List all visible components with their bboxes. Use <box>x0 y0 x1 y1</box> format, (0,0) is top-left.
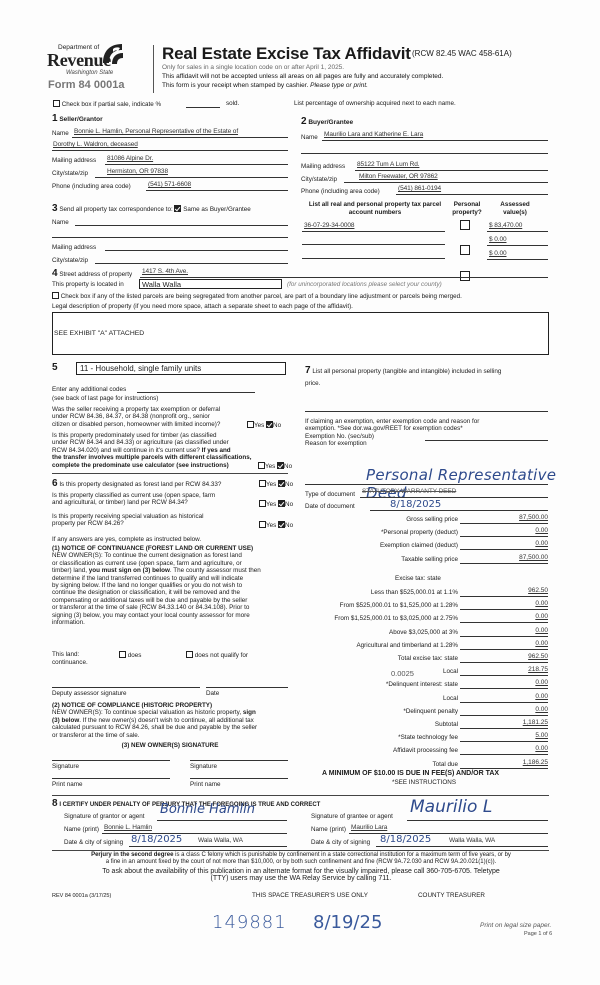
q1-yes-no: Yes No <box>247 421 281 430</box>
section-7-number: 7 <box>305 365 311 376</box>
perjury-text: is a class C felony which is punishable … <box>173 852 510 858</box>
buyer-heading-text: Buyer/Grantee <box>308 119 353 126</box>
owner-signature-field-1[interactable] <box>52 760 170 761</box>
signature-label: Signature <box>52 763 79 771</box>
personal-property-checkbox[interactable] <box>460 245 470 255</box>
section-3-number: 3 <box>52 203 58 214</box>
notice1-line: timber) land, <box>52 567 89 574</box>
segregated-row: Check box if any of the listed parcels a… <box>52 292 462 301</box>
treasurer-stamp-number: 149881 <box>212 912 287 934</box>
q2-line3-bold: If yes and <box>200 447 231 454</box>
grantor-date-field[interactable]: 8/18/2025 <box>131 834 182 846</box>
calc-value[interactable]: 1,186.25 <box>478 759 548 767</box>
yes-label: Yes <box>254 422 264 429</box>
q-current-use-line2: and agricultural, or timber) land per RC… <box>52 499 215 506</box>
county-value: Walla Walla <box>142 280 181 289</box>
calc-label: Above $3,025,000 at 3% <box>389 629 458 637</box>
seller-name2-underline <box>52 150 288 151</box>
alt-format-note-2: (TTY) users may use the WA Relay Service… <box>36 875 566 883</box>
calc-underline <box>460 754 548 755</box>
this-land-label: This land: <box>52 651 79 659</box>
notice2-line: NEW OWNER(S): To continue special valuat… <box>52 709 243 716</box>
notice1-line: or classification as current use (open s… <box>52 560 261 567</box>
doc-type-field[interactable]: STATUTORY WARRANTY DEED <box>362 488 456 496</box>
section-6-number: 6 <box>52 478 58 489</box>
calc-label: Local <box>443 695 458 703</box>
calc-label: *Delinquent penalty <box>403 708 458 716</box>
forest-land-question: 6 Is this property designated as forest … <box>52 478 221 490</box>
personal-property-label-2: price. <box>305 380 320 388</box>
revision-label: REV 84 0001a (3/17/25) <box>52 893 111 900</box>
partial-sale-checkbox[interactable] <box>53 100 60 107</box>
seller-mailing-label: Mailing address <box>52 157 96 165</box>
timber-question: Is this property predominately used for … <box>52 432 251 469</box>
correspondence-heading: 3 Send all property tax correspondence t… <box>52 203 251 215</box>
grantor-name-field[interactable]: Bonnie L. Hamlin <box>104 824 152 832</box>
legal-description-field[interactable]: SEE EXHIBIT "A" ATTACHED <box>52 312 549 355</box>
notice1-line: compensating or additional taxes will be… <box>52 597 261 604</box>
partial-sale-sold-label: sold. <box>226 100 239 108</box>
seller-name-line1[interactable]: Bonnie L. Hamlin, Personal Representativ… <box>74 128 238 136</box>
notice-compliance: (2) NOTICE OF COMPLIANCE (HISTORIC PROPE… <box>52 702 257 739</box>
header-note-receipt: This form is your receipt when stamped b… <box>162 82 368 90</box>
legal-description-value: SEE EXHIBIT "A" ATTACHED <box>54 330 144 338</box>
buyer-name-label: Name <box>301 134 318 142</box>
parcel-row: $ 0.00 <box>0 11 600 22</box>
same-as-buyer-label: Same as Buyer/Grantee <box>183 206 251 213</box>
historic-question: Is this property receiving special valua… <box>52 513 204 528</box>
treasurer-use-label: THIS SPACE TREASURER'S USE ONLY <box>252 892 368 900</box>
calc-label: From $525,000.01 to $1,525,000 at 1.28% <box>340 602 458 610</box>
q2-line4: the transfer involves multiple parcels w… <box>52 454 251 461</box>
additional-codes-field[interactable] <box>137 392 255 393</box>
calc-underline <box>460 715 548 716</box>
does-not-label: does not qualify for <box>195 652 248 659</box>
correspondence-city-label: City/state/zip <box>52 257 88 265</box>
q-historic-line1: Is this property receiving special valua… <box>52 513 204 520</box>
page-number: Page 1 of 6 <box>524 931 552 938</box>
signature-label: Signature <box>190 763 217 771</box>
perjury-bold: Perjury in the second degree <box>91 852 173 858</box>
notice1-line: or transferor at the time of sale (RCW 8… <box>52 604 261 611</box>
q-historic-line2: property per RCW 84.26? <box>52 520 204 527</box>
calc-label: Total due <box>432 761 458 769</box>
q2-no-checkbox[interactable] <box>277 462 284 469</box>
q1-line3: citizen or disabled person, homeowner wi… <box>52 421 220 428</box>
buyer-city-label: City/state/zip <box>301 176 337 184</box>
calc-underline <box>460 741 548 742</box>
calc-value[interactable]: 218.75 <box>478 666 548 674</box>
does-not-checkbox[interactable] <box>186 651 193 658</box>
grantor-signature[interactable]: Bonnie Hamlin <box>160 802 255 818</box>
seller-name-label: Name <box>52 130 69 138</box>
calc-value[interactable]: 87,500.00 <box>478 514 548 522</box>
section-4-number: 4 <box>52 268 58 279</box>
dor-logo-icon <box>100 41 126 67</box>
current-use-yes-no: Yes No <box>259 500 293 509</box>
q-current-use-line1: Is this property classified as current u… <box>52 492 215 499</box>
deputy-signature-label: Deputy assessor signature <box>52 690 127 698</box>
exemption-line1: If claiming an exemption, enter exemptio… <box>305 418 479 425</box>
grantor-name-underline <box>102 833 287 834</box>
seller-name-line2[interactable]: Dorothy L. Waldron, deceased <box>53 141 138 149</box>
grantee-signature[interactable]: Maurilio L <box>410 797 492 817</box>
no-label: No <box>273 422 281 429</box>
calc-value[interactable]: 962.50 <box>478 587 548 595</box>
notice2-line: or transferor at the time of sale. <box>52 732 257 739</box>
yes-label: Yes <box>266 481 276 488</box>
personal-property-label: List all personal property (tangible and… <box>312 368 501 375</box>
current-use-no-checkbox[interactable] <box>278 500 285 507</box>
doc-date-label: Date of document <box>305 503 355 511</box>
calc-label: Gross selling price <box>406 516 458 524</box>
street-underline <box>140 277 548 278</box>
personal-property-column-header: Personal property? <box>450 201 484 217</box>
calc-underline <box>460 702 548 703</box>
grantee-date-underline <box>376 846 548 847</box>
historic-yes-no: Yes No <box>259 521 293 530</box>
q1-no-checkbox[interactable] <box>266 421 273 428</box>
assessed-value-column-header: Assessed value(s) <box>490 201 540 217</box>
calc-value[interactable]: 0.00 <box>478 679 548 687</box>
personal-property-heading: 7 List all personal property (tangible a… <box>305 365 501 377</box>
calc-underline <box>460 662 548 663</box>
parcel-number-field[interactable]: 36-07-29-34-0008 <box>304 222 354 230</box>
answers-note: If any answers are yes, complete as inst… <box>52 536 201 544</box>
calc-label: *Personal property (deduct) <box>381 529 458 537</box>
calc-underline <box>460 523 548 524</box>
grantee-signature-underline <box>407 820 548 821</box>
buyer-city-field[interactable]: Milton Freewater, OR 97862 <box>359 173 438 181</box>
q2-yes-checkbox[interactable] <box>258 462 265 469</box>
no-label: No <box>285 481 293 488</box>
county-select[interactable]: Walla Walla <box>139 279 282 289</box>
notice2-heading: (2) NOTICE OF COMPLIANCE (HISTORIC PROPE… <box>52 702 257 709</box>
notice2-bold: sign <box>243 709 256 716</box>
buyer-mailing-label: Mailing address <box>301 163 345 171</box>
calc-underline <box>460 768 548 769</box>
grantor-signature-label: Signature of grantor or agent <box>64 813 145 821</box>
calc-label: Less than $525,000.01 at 1.1% <box>371 589 458 597</box>
notice1-line: information. <box>52 619 261 626</box>
seller-city-underline <box>95 177 288 178</box>
grantee-name-field[interactable]: Maurilio Lara <box>351 824 387 832</box>
calc-underline <box>460 728 548 729</box>
calc-value[interactable]: 0.00 <box>478 527 548 535</box>
notice1-line: NEW OWNER(S): To continue the current de… <box>52 552 261 559</box>
minimum-due-note: A MINIMUM OF $10.00 IS DUE IN FEE(S) AND… <box>322 770 499 778</box>
calc-label: *Delinquent interest: state <box>386 681 458 689</box>
notice1-bold: you must sign on (3) below <box>89 567 170 574</box>
calc-label: Affidavit processing fee <box>393 747 458 755</box>
type-or-print-text: Please type or print. <box>310 82 368 89</box>
seller-phone-field[interactable]: (541) 571-6608 <box>148 181 191 189</box>
value-underline <box>487 245 548 246</box>
deputy-date-label: Date <box>206 690 219 698</box>
buyer-name-underline <box>322 140 548 141</box>
continuance-label: continuance. <box>52 659 88 667</box>
personal-property-checkbox[interactable] <box>460 271 470 281</box>
print-name-label: Print name <box>52 781 82 789</box>
notice1-line: determine if the land transferred contin… <box>52 575 261 582</box>
print-name-label: Print name <box>190 781 220 789</box>
current-use-yes-checkbox[interactable] <box>259 500 266 507</box>
footer-divider <box>52 850 549 851</box>
assessed-value-field[interactable]: $ 83,470.00 <box>489 222 522 230</box>
new-owner-signature-heading: (3) NEW OWNER(S) SIGNATURE <box>52 742 288 750</box>
street-address-label: Street address of property <box>59 271 132 278</box>
doc-type-label: Type of document <box>305 491 355 499</box>
calc-underline <box>460 675 548 676</box>
notice-continuance: (1) NOTICE OF CONTINUANCE (FOREST LAND O… <box>52 545 261 626</box>
owner-signature-field-2[interactable] <box>190 760 288 761</box>
notice2-line: . If the new owner(s) doesn't wish to co… <box>79 717 253 724</box>
assessed-value-field[interactable]: $ 0.00 <box>489 236 506 244</box>
buyer-mailing-underline <box>355 170 548 171</box>
treasurer-stamp-date: 8/19/25 <box>313 912 382 934</box>
forest-no-checkbox[interactable] <box>278 480 285 487</box>
calc-label: Exemption claimed (deduct) <box>380 542 458 550</box>
personal-property-checkbox[interactable] <box>460 220 470 230</box>
street-address-row: 4 Street address of property <box>52 268 132 280</box>
calc-label: *State technology fee <box>398 734 458 742</box>
buyer-phone-underline <box>396 194 548 195</box>
q1-yes-checkbox[interactable] <box>247 421 254 428</box>
grantor-signature-underline <box>157 820 287 821</box>
land-use-code-select[interactable]: 11 - Household, single family units <box>76 362 286 375</box>
q2-yes-no: Yes No <box>258 462 292 471</box>
county-treasurer-label: COUNTY TREASURER <box>418 892 485 900</box>
section-8-number: 8 <box>52 798 58 809</box>
calc-underline <box>460 549 548 550</box>
header-note-date: Only for sales in a single location code… <box>162 64 344 72</box>
partial-sale-label: Check box if partial sale, indicate % <box>62 101 161 108</box>
calc-label: Local <box>443 668 458 676</box>
deputy-date-field[interactable] <box>206 687 288 688</box>
affidavit-page: Department of Revenue Washington State F… <box>0 0 600 985</box>
legal-description-label: Legal description of property (if you ne… <box>52 303 353 311</box>
q1-line1: Was the seller receiving a property tax … <box>52 406 220 413</box>
receipt-text: This form is your receipt when stamped b… <box>162 82 310 89</box>
correspondence-name-field[interactable] <box>75 225 288 226</box>
notice2-line: calculated pursuant to RCW 84.26, shall … <box>52 724 257 731</box>
correspondence-city-field[interactable] <box>95 263 288 264</box>
doc-type-underline <box>360 497 548 498</box>
calc-value[interactable]: 962.50 <box>478 653 548 661</box>
segregated-checkbox[interactable] <box>52 292 59 299</box>
correspondence-mailing-label: Mailing address <box>52 244 96 252</box>
calc-label: Subtotal <box>435 721 458 729</box>
street-address-field[interactable]: 1417 S. 4th Ave. <box>142 268 188 276</box>
q2-line3: RCW 84.34.020) and will continue in it's… <box>52 447 200 454</box>
buyer-city-underline <box>344 182 548 183</box>
ownership-note: List percentage of ownership acquired ne… <box>294 100 456 108</box>
calc-value[interactable]: 0.00 <box>478 540 548 548</box>
additional-codes-note: (see back of last page for instructions) <box>52 395 158 403</box>
value-underline <box>487 259 548 260</box>
historic-no-checkbox[interactable] <box>278 521 285 528</box>
calc-underline <box>460 563 548 564</box>
seller-heading-text: Seller/Grantor <box>59 116 102 123</box>
personal-property-field[interactable] <box>305 411 548 412</box>
q2-line5: complete the predominate use calculator … <box>52 462 251 469</box>
calc-underline <box>460 536 548 537</box>
historic-yes-checkbox[interactable] <box>259 521 266 528</box>
section-divider <box>52 473 288 474</box>
grantor-date-label: Date & city of signing <box>64 839 123 847</box>
yes-label: Yes <box>266 522 276 529</box>
forest-yes-no: Yes No <box>259 480 293 489</box>
calc-value[interactable]: 0.00 <box>478 640 548 648</box>
correspondence-name-label: Name <box>52 219 69 227</box>
grantee-signature-label: Signature of grantee or agent <box>311 813 393 821</box>
calc-label: Taxable selling price <box>401 556 458 564</box>
does-not-option: does not qualify for <box>186 651 248 660</box>
notice1-line: by signing below. If the land no longer … <box>52 582 261 589</box>
calc-value[interactable]: 87,500.00 <box>478 554 548 562</box>
seller-city-label: City/state/zip <box>52 170 88 178</box>
value-underline <box>487 231 548 232</box>
does-checkbox[interactable] <box>119 651 126 658</box>
forest-yes-checkbox[interactable] <box>259 480 266 487</box>
logo-washington-state: Washington State <box>66 70 113 77</box>
additional-codes-label: Enter any additional codes <box>52 386 126 394</box>
calc-value[interactable]: 0.00 <box>478 600 548 608</box>
grantor-date-underline <box>129 846 287 847</box>
calc-value[interactable]: 0.00 <box>478 745 548 753</box>
land-use-code-value: 11 - Household, single family units <box>80 364 201 374</box>
calc-value[interactable]: 0.00 <box>478 706 548 714</box>
buyer-name-field[interactable]: Maurilio Lara and Katherine E. Lara <box>324 131 423 139</box>
q2-line1: Is this property predominately used for … <box>52 432 251 439</box>
seller-phone-label: Phone (including area code) <box>52 183 131 191</box>
no-label: No <box>285 501 293 508</box>
notice1-line: . The county assessor must then <box>170 567 261 574</box>
notice1-line: continue the designation or classificati… <box>52 589 261 596</box>
grantee-date-field[interactable]: 8/18/2025 <box>380 834 431 846</box>
doc-date-underline <box>370 510 548 511</box>
calc-label: From $1,525,000.01 to $3,025,000 at 2.75… <box>334 615 458 623</box>
yes-label: Yes <box>265 463 275 470</box>
header-divider <box>153 45 154 93</box>
no-label: No <box>284 463 292 470</box>
perjury-note-2: a fine in an amount fixed by the court o… <box>36 859 566 866</box>
county-hint: (for unincorporated locations please sel… <box>287 281 442 289</box>
exemption-instructions: If claiming an exemption, enter exemptio… <box>305 418 479 448</box>
local-rate-value: 0.0025 <box>391 669 414 678</box>
notice1-heading: (1) NOTICE OF CONTINUANCE (FOREST LAND O… <box>52 545 261 552</box>
notice2-bold: (3) below <box>52 717 79 724</box>
owner-print-name-field-2[interactable] <box>190 778 288 779</box>
partial-sale-percent-field[interactable] <box>186 107 220 108</box>
seller-phone-underline <box>146 190 288 191</box>
correspondence-name2-field[interactable] <box>52 237 288 238</box>
calc-value[interactable]: 5.00 <box>478 732 548 740</box>
does-label: does <box>128 652 142 659</box>
buyer-phone-label: Phone (including area code) <box>301 188 380 196</box>
parcel-row: $ 0.00 <box>0 23 600 34</box>
calc-underline <box>460 609 548 610</box>
seller-mailing-underline <box>105 164 288 165</box>
notice1-line: signing (3) below, you may contact your … <box>52 612 261 619</box>
parcel-number-field[interactable] <box>302 258 445 259</box>
calc-label: Total excise tax: state <box>398 655 458 663</box>
no-label: No <box>285 522 293 529</box>
assessed-value-field[interactable]: $ 0.00 <box>489 250 506 258</box>
calc-underline <box>460 636 548 637</box>
buyer-name2-field[interactable] <box>301 153 548 154</box>
current-use-question: Is this property classified as current u… <box>52 492 215 507</box>
buyer-phone-field[interactable]: (541) 861-0194 <box>398 185 441 193</box>
calc-underline <box>460 622 548 623</box>
buyer-mailing-field[interactable]: 85122 Tum A Lum Rd. <box>357 161 419 169</box>
q-forest-label: Is this property designated as forest la… <box>59 481 221 488</box>
parcels-column-header: List all real and personal property tax … <box>305 201 445 217</box>
partial-sale-row: Check box if partial sale, indicate % <box>53 100 161 109</box>
correspondence-label: Send all property tax correspondence to: <box>59 206 172 213</box>
exemption-no-field[interactable] <box>425 440 548 441</box>
excise-state-heading: Excise tax: state <box>395 575 441 583</box>
exemption-line2: exemption. *See dor.wa.gov/REET for exem… <box>305 425 479 432</box>
grantee-name-label: Name (print) <box>311 826 346 834</box>
seller-city-field[interactable]: Hermiston, OR 97838 <box>107 168 168 176</box>
calc-value[interactable]: 0.00 <box>478 693 548 701</box>
grantor-name-label: Name (print) <box>64 826 99 834</box>
reason-label: Reason for exemption <box>305 440 479 447</box>
grantee-name-underline <box>349 833 548 834</box>
q2-line2: under RCW 84.34 and 84.33) or agricultur… <box>52 439 251 446</box>
grantor-city-field[interactable]: Wala Walla, WA <box>198 837 243 845</box>
exemption-question: Was the seller receiving a property tax … <box>52 406 220 428</box>
located-in-label: This property is located in <box>52 281 124 289</box>
calc-value[interactable]: 0.00 <box>478 613 548 621</box>
section-8-divider <box>52 795 549 796</box>
deputy-signature-field[interactable] <box>52 687 200 688</box>
seller-name-underline <box>72 137 288 138</box>
segregated-label: Check box if any of the listed parcels a… <box>61 293 462 300</box>
calc-value[interactable]: 0.00 <box>478 627 548 635</box>
grantee-date-label: Date & city of signing <box>311 839 370 847</box>
parcel-row: 36-07-29-34-0008 $ 83,470.00 <box>0 0 600 11</box>
section-5-number: 5 <box>52 362 58 374</box>
buyer-heading: 2 Buyer/Grantee <box>301 116 353 128</box>
seller-mailing-field[interactable]: 81086 Alpine Dr. <box>107 155 153 163</box>
grantee-city-field[interactable]: Walla Walla, WA <box>449 837 495 845</box>
calc-label: Agricultural and timberland at 1.28% <box>356 642 458 650</box>
correspondence-mailing-field[interactable] <box>105 250 288 251</box>
section-1-number: 1 <box>52 113 58 124</box>
form-number: Form 84 0001a <box>48 79 124 92</box>
owner-print-name-field-1[interactable] <box>52 778 170 779</box>
same-as-buyer-checkbox[interactable] <box>174 205 181 212</box>
calc-underline <box>460 596 548 597</box>
title-rcw-reference: (RCW 82.45 WAC 458-61A) <box>412 49 512 59</box>
seller-heading: 1 Seller/Grantor <box>52 113 103 125</box>
see-instructions-note: *SEE INSTRUCTIONS <box>392 779 456 787</box>
does-option: does <box>119 651 141 660</box>
section-2-number: 2 <box>301 116 307 127</box>
parcel-number-field[interactable] <box>302 244 445 245</box>
parcel-underline <box>302 231 445 232</box>
header-note-accept: This affidavit will not be accepted unle… <box>162 73 443 81</box>
yes-label: Yes <box>266 501 276 508</box>
q1-line2: under RCW 84.36, 84.37, or 84.38 (nonpro… <box>52 413 220 420</box>
calc-underline <box>460 688 548 689</box>
page-title: Real Estate Excise Tax Affidavit <box>162 44 411 64</box>
calc-value[interactable]: 1,181.25 <box>478 719 548 727</box>
calc-underline <box>460 649 548 650</box>
legal-size-note: Print on legal size paper. <box>480 922 551 930</box>
